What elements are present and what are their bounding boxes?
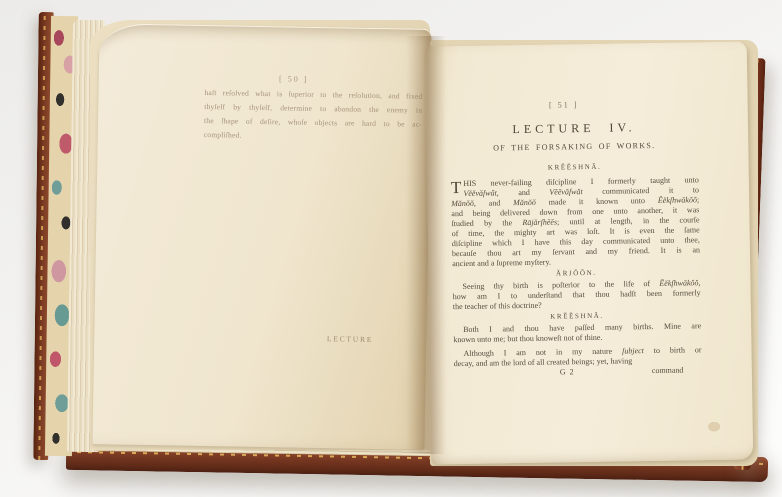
left-page-number: [ 50 ] [185,73,403,87]
right-page-number: [ 51 ] [440,98,688,112]
chapter-subtitle: OF THE FORSAKING OF WORKS. [450,140,698,154]
left-page: [ 50 ] haſt reſolved what is ſuperior to… [92,23,431,450]
right-catchword: command [652,366,684,375]
paragraph: T HIS never-failing diſcipline I formerl… [451,175,700,269]
speaker-heading-krishna: KRĔĔSHNĂ. [451,161,699,174]
lecture-heading: LECTURE IV. [450,120,698,137]
signature-mark: G 2 [560,367,575,376]
drop-cap: T [451,179,462,198]
right-page: [ 51 ] LECTURE IV. OF THE FORSAKING OF W… [425,41,754,464]
right-page-text: [ 51 ] LECTURE IV. OF THE FORSAKING OF W… [450,98,702,379]
paragraph: Both I and thou have paſſed many births.… [453,321,701,345]
left-catchword: LECTURE [200,332,418,345]
paragraph: Seeing thy birth is poſterior to the lif… [452,278,700,312]
left-page-text: [ 50 ] haſt reſolved what is ſuperior to… [204,73,423,146]
